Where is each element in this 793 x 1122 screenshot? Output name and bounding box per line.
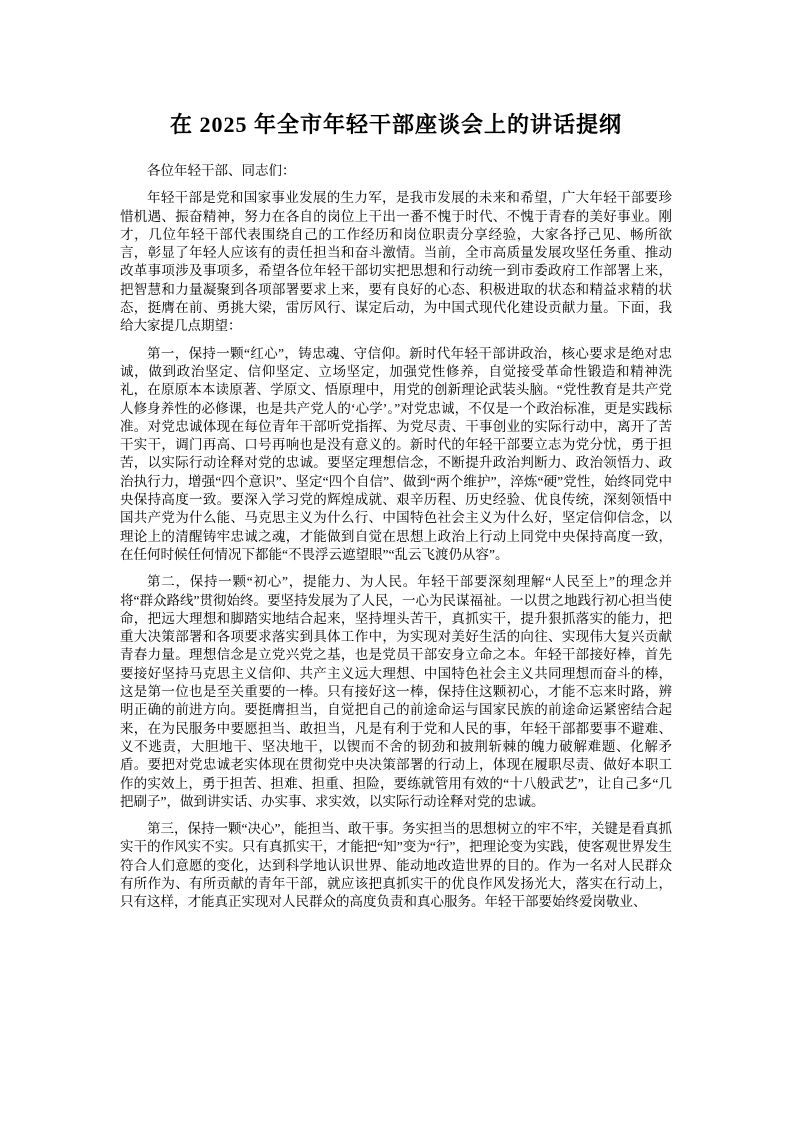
- document-page: 在 2025 年全市年轻干部座谈会上的讲话提纲 各位年轻干部、同志们： 年轻干部…: [0, 0, 793, 1122]
- paragraph-first-point: 第一，保持一颗“红心”，铸忠魂、守信仰。新时代年轻干部讲政治，核心要求是绝对忠诚…: [120, 345, 672, 565]
- salutation-line: 各位年轻干部、同志们：: [120, 162, 672, 180]
- paragraph-second-point: 第二，保持一颗“初心”，提能力、为人民。年轻干部要深刻理解“人民至上”的理念并将…: [120, 573, 672, 811]
- document-title: 在 2025 年全市年轻干部座谈会上的讲话提纲: [120, 110, 672, 140]
- paragraph-intro: 年轻干部是党和国家事业发展的生力军，是我市发展的未来和希望，广大年轻干部要珍惜机…: [120, 189, 672, 335]
- paragraph-third-point: 第三，保持一颗“决心”，能担当、敢干事。务实担当的思想树立的牢不牢，关键是看真抓…: [120, 820, 672, 911]
